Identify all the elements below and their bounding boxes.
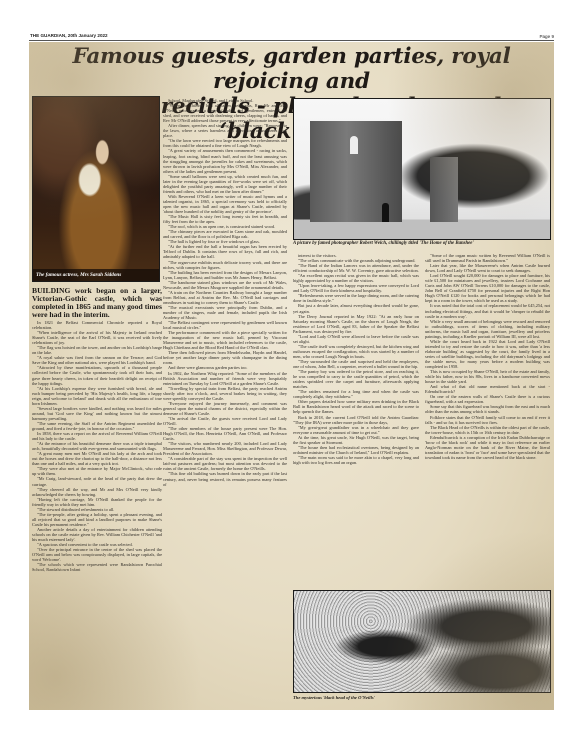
paragraph: "When intelligence of the arrival of his… <box>32 330 162 345</box>
paragraph: While a very small amount of belongings … <box>425 319 550 339</box>
article-column-1: BUILDING work began on a larger, Victori… <box>32 287 162 572</box>
castle-photo-caption: A picture by famed photographer Robert W… <box>293 241 551 246</box>
page-number: Page 9 <box>539 34 554 39</box>
paragraph: While the court heard back in 1922 that … <box>425 339 550 369</box>
paragraph: "The other members of the house party pr… <box>163 426 287 441</box>
paragraph: Some say that this figurehead was brough… <box>425 404 550 414</box>
paragraph: "This fine old building was burned down … <box>163 471 287 486</box>
paragraph: "The flag was hoisted on the tower, and … <box>32 345 162 355</box>
black-head-photo <box>293 590 551 693</box>
siddons-portrait-image: The famous actress, Mrs Sarah Siddons <box>32 96 160 282</box>
siddons-caption: The famous actress, Mrs Sarah Siddons <box>33 269 159 281</box>
publication-date: THE GUARDIAN, 20th January 2022 <box>30 33 108 38</box>
paragraph: "The schools which were represented were… <box>32 562 162 572</box>
paragraph: But just a decade later, almost everythi… <box>293 303 419 313</box>
paragraph: "My great-great grandfather was in a whe… <box>293 425 419 435</box>
paragraph: Other papers detailed how some military … <box>293 399 419 414</box>
paragraph: "At his Lordship's expense they were fur… <box>32 386 162 406</box>
paragraph: Later that year, like the Massereene's w… <box>425 263 550 273</box>
paragraph: "Some small balloons were sent up, which… <box>163 174 287 194</box>
article-column-3: interest to the visitors."The cellars co… <box>293 253 419 465</box>
paragraph: Edenduffcarrick is a corruption of the I… <box>425 435 550 460</box>
column-2-body: School, Magherafelt School, and Leitrim … <box>163 98 287 487</box>
column-4-body: "Some of the organ music written by Reve… <box>425 253 550 460</box>
paragraph: The Black Head of the O'Neills is within… <box>425 425 550 435</box>
paragraph: "Several large bonfires were kindled, an… <box>32 406 162 421</box>
paragraph: Back in 2018, the current Lord O'Neill t… <box>293 415 419 425</box>
paragraph: "At the entrance of his beautiful demesn… <box>32 441 162 451</box>
castle-tower <box>310 121 402 222</box>
article-column-4: "Some of the organ music written by Reve… <box>425 253 550 460</box>
paragraph: "Attracted by these manifestations, upwa… <box>32 365 162 385</box>
paragraph: "They cheered all the way, and Mr and Mr… <box>32 487 162 497</box>
column-1-body: In 1821 the Belfast Commercial Chronicle… <box>32 320 162 572</box>
paragraph: "The visitors, who numbered nearly 200, … <box>163 441 287 456</box>
paragraph: After dinner, speeches and singing, the … <box>163 123 287 138</box>
paragraph: "The musical executants were principally… <box>163 305 287 320</box>
column-3-body: interest to the visitors."The cellars co… <box>293 253 419 465</box>
paragraph: "The raiders remained for a long time an… <box>293 389 419 399</box>
masthead: THE GUARDIAN, 20th January 2022 Page 9 <box>29 33 554 41</box>
paragraph: "When the children had all taken their s… <box>163 103 287 123</box>
headline-line-1: Famous guests, garden parties, royal rej… <box>29 44 554 94</box>
paragraph: "Some of the organ music written by Reve… <box>425 253 550 263</box>
black-head-caption: The mysterious 'black head of the O'Neil… <box>293 695 551 700</box>
paragraph: "The pantry boy was ordered to the petro… <box>293 369 419 389</box>
article-lead: BUILDING work began on a larger, Victori… <box>32 287 162 319</box>
castle-ruins-photo <box>293 98 551 240</box>
paragraph: "A train on the Northern Counties Railwa… <box>163 290 287 305</box>
paragraph: "Upon leave-taking, a few happy expressi… <box>293 283 419 293</box>
paragraph: With Reverend O'Neill a keen writer of m… <box>163 194 287 214</box>
paragraph: "Mr Craig, land-steward, rode at the hea… <box>32 476 162 486</box>
paragraph: "A royal salute was fired from the canno… <box>32 355 162 365</box>
paragraph: The Derry Journal reported in May 1922: … <box>293 314 419 334</box>
paragraph: "An excellent organ recital was given in… <box>293 273 419 283</box>
paragraph: "Lord and Lady O'Neill were allowed to l… <box>293 334 419 344</box>
paragraph: In 1821 the Belfast Commercial Chronicle… <box>32 320 162 330</box>
paragraph: "The tie-people, after getting a holiday… <box>32 512 162 527</box>
paragraph: "On arrival the Castle, the guests were … <box>163 416 287 426</box>
paragraph: "The Band of the Indian Lancers was in a… <box>293 263 419 273</box>
paragraph: In 1902, the Northern Whig reported: "So… <box>163 371 287 386</box>
paragraph: "Travelling by special train from Belfas… <box>163 386 287 401</box>
paragraph: It was noted that the total cost of repl… <box>425 303 550 318</box>
paragraph: "Having left the carriage, Mr O'Neill th… <box>32 497 162 507</box>
paragraph: "The Music Hall is sixty feet long twent… <box>163 214 287 224</box>
paragraph: Folklore states that the O'Neill family … <box>425 415 550 425</box>
paragraph: "At the further end the hall a beautiful… <box>163 244 287 259</box>
paragraph: At the time, his great uncle, Sir Hugh O… <box>293 435 419 445</box>
paragraph: "The house then had ecclesiastical overt… <box>293 445 419 455</box>
paragraph: "A great variety of amusements then comm… <box>163 148 287 173</box>
paragraph: "The chimney pieces are executed in Caen… <box>163 229 287 239</box>
paragraph: "The organ-case exhibits much delicate t… <box>163 260 287 270</box>
paragraph: Another article details a day of enterta… <box>32 527 162 542</box>
paragraph: "The castle itself was completely destro… <box>293 344 419 359</box>
paragraph: "Over the principal entrance in the cent… <box>32 547 162 562</box>
paragraph: "Everyone enjoyed the journey immensely,… <box>163 401 287 416</box>
article-column-2: School, Magherafelt School, and Leitrim … <box>163 98 287 487</box>
article-page: Famous guests, garden parties, royal rej… <box>29 42 554 710</box>
paragraph: "On the lawn were erected two large marq… <box>163 138 287 148</box>
paragraph: "The Belfast contingent were represented… <box>163 320 287 330</box>
paragraph: In 1858, there was a report on the arriv… <box>32 431 162 441</box>
paragraph: "Refreshments were served in the large d… <box>293 293 419 303</box>
paragraph: And what of that old name mentioned back… <box>425 384 550 394</box>
castle-tower-small <box>430 157 458 222</box>
paragraph: "The handsome stained glass windows are … <box>163 280 287 290</box>
paragraph: "They surrounded the castle and surprise… <box>293 359 419 369</box>
paragraph: "A considerable part of the stay was spe… <box>163 456 287 471</box>
paragraph: Lord O'Neill sought £20,000 for damages … <box>425 273 550 303</box>
paragraph: "A great many men met Mr O'Neill and his… <box>32 451 162 466</box>
paragraph: This is now occupied by Shane O'Neill, h… <box>425 369 550 384</box>
paragraph: "The same evening, the Staff of the Antr… <box>32 421 162 431</box>
paragraph: "The main room was said to be more akin … <box>293 455 419 465</box>
paragraph: On one of the eastern walls of Shane's C… <box>425 394 550 404</box>
paragraph: The performance commenced with the a pie… <box>163 330 287 350</box>
paragraph: "The building has been erected from the … <box>163 270 287 280</box>
paragraph: There then followed pieces from Mendelss… <box>163 350 287 365</box>
paragraph: "They were also met at the entrance by M… <box>32 466 162 476</box>
